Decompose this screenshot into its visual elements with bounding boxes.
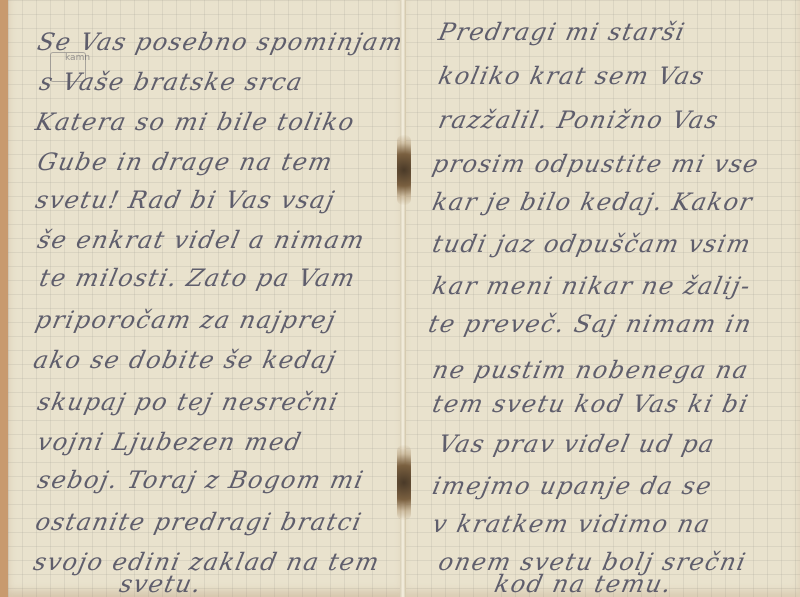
text-line: te preveč. Saj nimam in [426,310,755,338]
text-line: te milosti. Zato pa Vam [37,264,359,292]
text-line: svojo edini zaklad na tem [31,548,383,576]
left-page: kamn Se Vas posebno spominjam s Vaše bra… [0,0,403,597]
text-line: Se Vas posebno spominjam [35,28,406,56]
text-line: razžalil. Ponižno Vas [436,106,722,134]
text-line: ne pustim nobenega na [430,356,752,384]
text-line: priporočam za najprej [33,306,339,334]
text-line: kar meni nikar ne žalij- [430,272,754,300]
text-line: skupaj po tej nesrečni [35,388,342,416]
text-line: ako se dobite še kedaj [31,346,339,374]
text-line: Gube in drage na tem [35,148,336,176]
right-page: Predragi mi starši koliko krat sem Vas r… [403,0,800,597]
text-line: kar je bilo kedaj. Kakor [430,188,756,216]
binding-stitch [397,445,411,520]
text-line: s Vaše bratske srca [37,68,306,96]
text-line: Vas prav videl ud pa [436,430,718,458]
text-line: vojni Ljubezen med [35,428,305,456]
text-line: svetu. [117,570,205,597]
text-line: tudi jaz odpuščam vsim [430,230,754,258]
text-line: tem svetu kod Vas ki bi [430,390,752,418]
text-line: Predragi mi starši [436,18,688,46]
text-line: v kratkem vidimo na [430,510,714,538]
left-page-text: Se Vas posebno spominjam s Vaše bratske … [8,0,403,597]
text-line: ostanite predragi bratci [33,508,365,536]
text-line: seboj. Toraj z Bogom mi [35,466,367,494]
right-page-text: Predragi mi starši koliko krat sem Vas r… [403,0,800,597]
text-line: prosim odpustite mi vse [430,150,762,178]
notebook-spread: kamn Se Vas posebno spominjam s Vaše bra… [0,0,800,597]
text-line: imejmo upanje da se [430,472,715,500]
text-line: še enkrat videl a nimam [35,226,368,254]
text-line: kod na temu. [492,570,675,597]
binding-stitch [397,135,411,205]
text-line: koliko krat sem Vas [436,62,708,90]
text-line: svetu! Rad bi Vas vsaj [33,186,338,214]
text-line: Katera so mi bile toliko [33,108,358,136]
